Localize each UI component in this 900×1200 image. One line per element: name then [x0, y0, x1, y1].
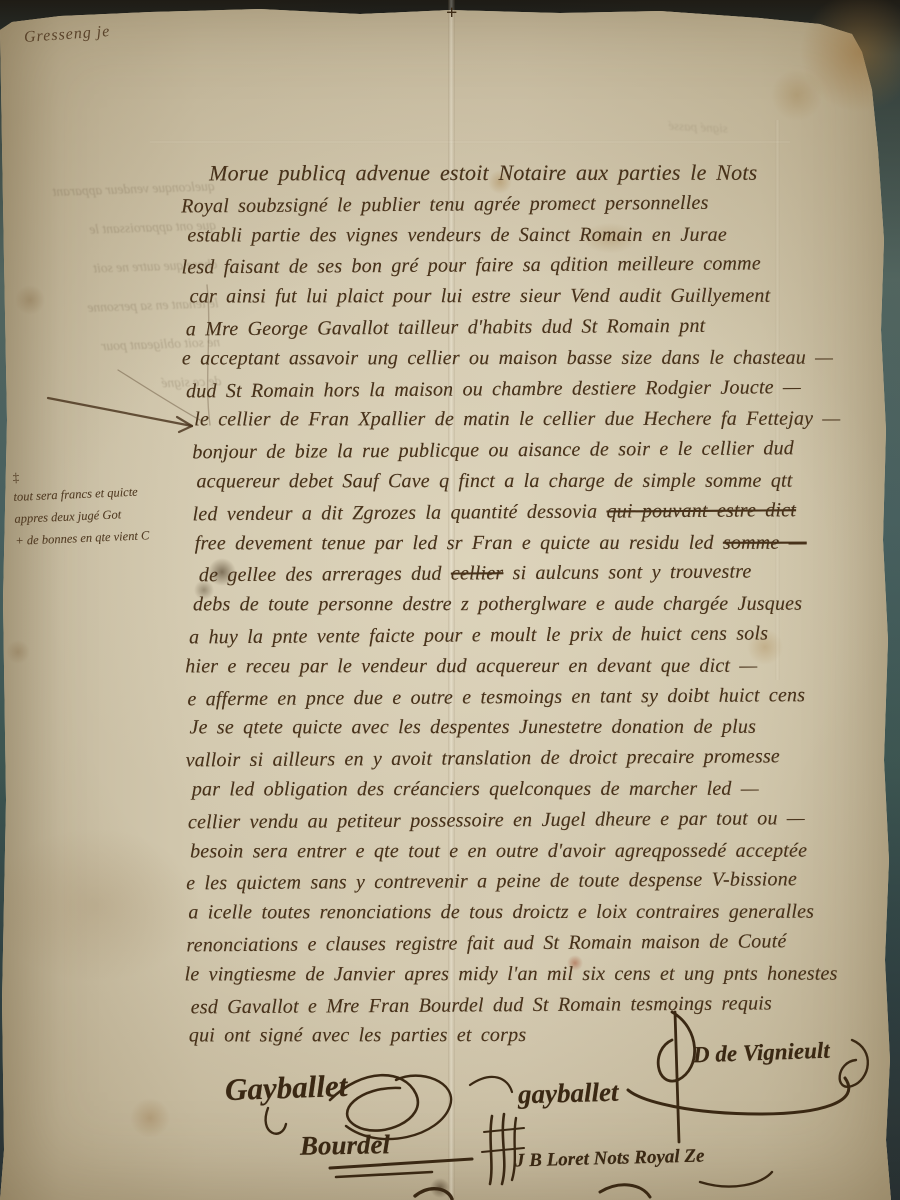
margin-arrow-stroke — [48, 285, 210, 432]
bourdel-paraph — [330, 1114, 524, 1184]
photograph-of-manuscript: quelconque vendeur apparantque ont appar… — [0, 0, 900, 1200]
bottom-edge-flourishes — [415, 1185, 650, 1199]
notary-underline-flourish — [700, 1172, 772, 1187]
vigneulles-paraph — [628, 1012, 868, 1142]
gavallet-paraph-loops — [266, 1075, 512, 1139]
ink-flourishes — [0, 0, 900, 1200]
